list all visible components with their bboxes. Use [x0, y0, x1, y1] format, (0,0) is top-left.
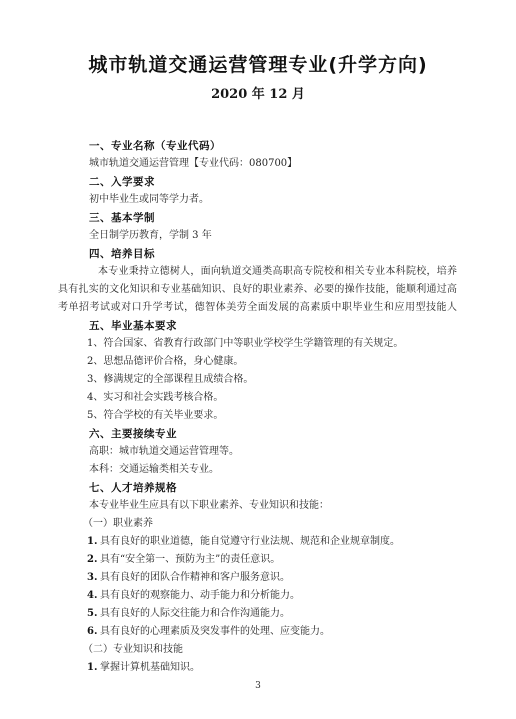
- page-title: 城市轨道交通运营管理专业(升学方向): [0, 52, 516, 79]
- numbered-item: 4.具有良好的观察能力、动手能力和分析能力。: [58, 587, 457, 605]
- paragraph: 本专业秉持立德树人，面向轨道交通类高职高专院校和相关专业本科院校，培养具有扎实的…: [58, 263, 457, 317]
- section-heading: 三、基本学制: [58, 209, 457, 227]
- section-heading: 五、毕业基本要求: [58, 317, 457, 335]
- subsection-label: （一）职业素养: [58, 515, 457, 533]
- body-line: 全日制学历教育，学制 3 年: [58, 227, 457, 245]
- doc-date: 2020 年 12 月: [0, 87, 516, 103]
- item-text: 具有良好的心理素质及突发事件的处理、应变能力。: [100, 626, 330, 637]
- list-item: 4、实习和社会实践考核合格。: [58, 389, 457, 407]
- item-number: 1.: [87, 659, 100, 677]
- section-heading: 一、专业名称（专业代码）: [58, 137, 457, 155]
- item-number: 1.: [87, 533, 100, 551]
- document-body: 一、专业名称（专业代码） 城市轨道交通运营管理【专业代码：080700】 二、入…: [58, 137, 457, 677]
- list-item: 1、符合国家、省教育行政部门中等职业学校学生学籍管理的有关规定。: [58, 335, 457, 353]
- body-line: 初中毕业生或同等学力者。: [58, 191, 457, 209]
- list-item: 2、思想品德评价合格，身心健康。: [58, 353, 457, 371]
- item-text: 具有良好的团队合作精神和客户服务意识。: [100, 572, 290, 583]
- list-item: 3、修满规定的全部课程且成绩合格。: [58, 371, 457, 389]
- item-number: 6.: [87, 623, 100, 641]
- list-item: 5、符合学校的有关毕业要求。: [58, 407, 457, 425]
- numbered-item: 6.具有良好的心理素质及突发事件的处理、应变能力。: [58, 623, 457, 641]
- item-text: 具有良好的人际交往能力和合作沟通能力。: [100, 608, 290, 619]
- numbered-item: 1.具有良好的职业道德，能自觉遵守行业法规、规范和企业规章制度。: [58, 533, 457, 551]
- item-number: 3.: [87, 569, 100, 587]
- numbered-item: 1.掌握计算机基础知识。: [58, 659, 457, 677]
- item-text: 掌握计算机基础知识。: [100, 662, 200, 673]
- body-line: 本科：交通运输类相关专业。: [58, 461, 457, 479]
- body-line: 本专业毕业生应具有以下职业素养、专业知识和技能：: [58, 497, 457, 515]
- item-text: 具有良好的观察能力、动手能力和分析能力。: [100, 590, 300, 601]
- item-number: 5.: [87, 605, 100, 623]
- item-number: 2.: [87, 551, 100, 569]
- subsection-label: （二）专业知识和技能: [58, 641, 457, 659]
- item-number: 4.: [87, 587, 100, 605]
- section-heading: 四、培养目标: [58, 245, 457, 263]
- document-page: 城市轨道交通运营管理专业(升学方向) 2020 年 12 月 一、专业名称（专业…: [0, 0, 516, 719]
- section-heading: 二、入学要求: [58, 173, 457, 191]
- item-text: 具有良好的职业道德，能自觉遵守行业法规、规范和企业规章制度。: [100, 536, 400, 547]
- numbered-item: 5.具有良好的人际交往能力和合作沟通能力。: [58, 605, 457, 623]
- page-number: 3: [0, 681, 516, 692]
- body-line: 高职：城市轨道交通运营管理等。: [58, 443, 457, 461]
- body-line: 城市轨道交通运营管理【专业代码：080700】: [58, 155, 457, 173]
- item-text: 具有“安全第一、预防为主”的责任意识。: [100, 554, 280, 565]
- section-heading: 六、主要接续专业: [58, 425, 457, 443]
- numbered-item: 2.具有“安全第一、预防为主”的责任意识。: [58, 551, 457, 569]
- numbered-item: 3.具有良好的团队合作精神和客户服务意识。: [58, 569, 457, 587]
- section-heading: 七、人才培养规格: [58, 479, 457, 497]
